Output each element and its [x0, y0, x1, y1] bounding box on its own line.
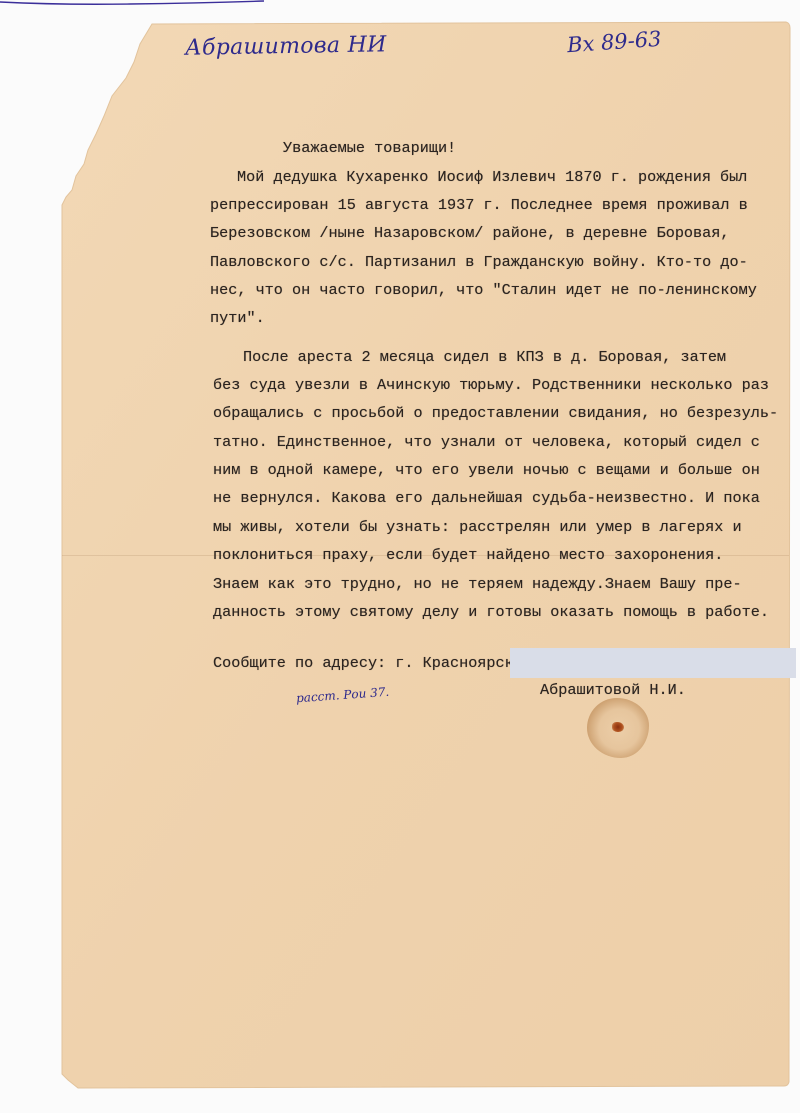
letter-line: данность этому святому делу и готовы ока…: [213, 604, 769, 620]
letter-line: ним в одной камере, что его увели ночью …: [213, 462, 760, 478]
handwritten-name: Абрашитова НИ: [185, 32, 387, 61]
letter-signature: Абрашитовой Н.И.: [540, 682, 686, 698]
letter-line: Знаем как это трудно, но не теряем надеж…: [213, 576, 742, 592]
letter-line: Березовском /ныне Назаровском/ районе, в…: [210, 225, 730, 241]
letter-line: не вернулся. Какова его дальнейшая судьб…: [213, 490, 760, 506]
letter-line: пути".: [210, 310, 265, 326]
letter-line: обращались с просьбой о предоставлении с…: [213, 405, 778, 421]
letter-line: без суда увезли в Ачинскую тюрьму. Родст…: [213, 377, 769, 393]
letter-line: репрессирован 15 августа 1937 г. Последн…: [210, 197, 748, 213]
letter-line-address: Сообщите по адресу: г. Красноярск,: [213, 655, 523, 671]
letter-line: Мой дедушка Кухаренко Иосиф Излевич 1870…: [237, 169, 747, 185]
letter-line: Павловского с/с. Партизанил в Гражданску…: [210, 254, 748, 270]
stain-center: [612, 722, 624, 732]
letter-greeting: Уважаемые товарищи!: [283, 140, 456, 156]
letter-line: мы живы, хотели бы узнать: расстрелян ил…: [213, 519, 742, 535]
redacted-address-box: [510, 648, 796, 678]
letter-line: поклониться праху, если будет найдено ме…: [213, 547, 723, 563]
letter-line: нес, что он часто говорил, что "Сталин и…: [210, 282, 757, 298]
letter-line: татно. Единственное, что узнали от челов…: [213, 434, 760, 450]
scanned-letter-page: Абрашитова НИ Вх 89-63 Уважаемые товарищ…: [0, 0, 800, 1113]
letter-line: После ареста 2 месяца сидел в КПЗ в д. Б…: [243, 349, 726, 365]
handwritten-underline: [0, 0, 264, 6]
